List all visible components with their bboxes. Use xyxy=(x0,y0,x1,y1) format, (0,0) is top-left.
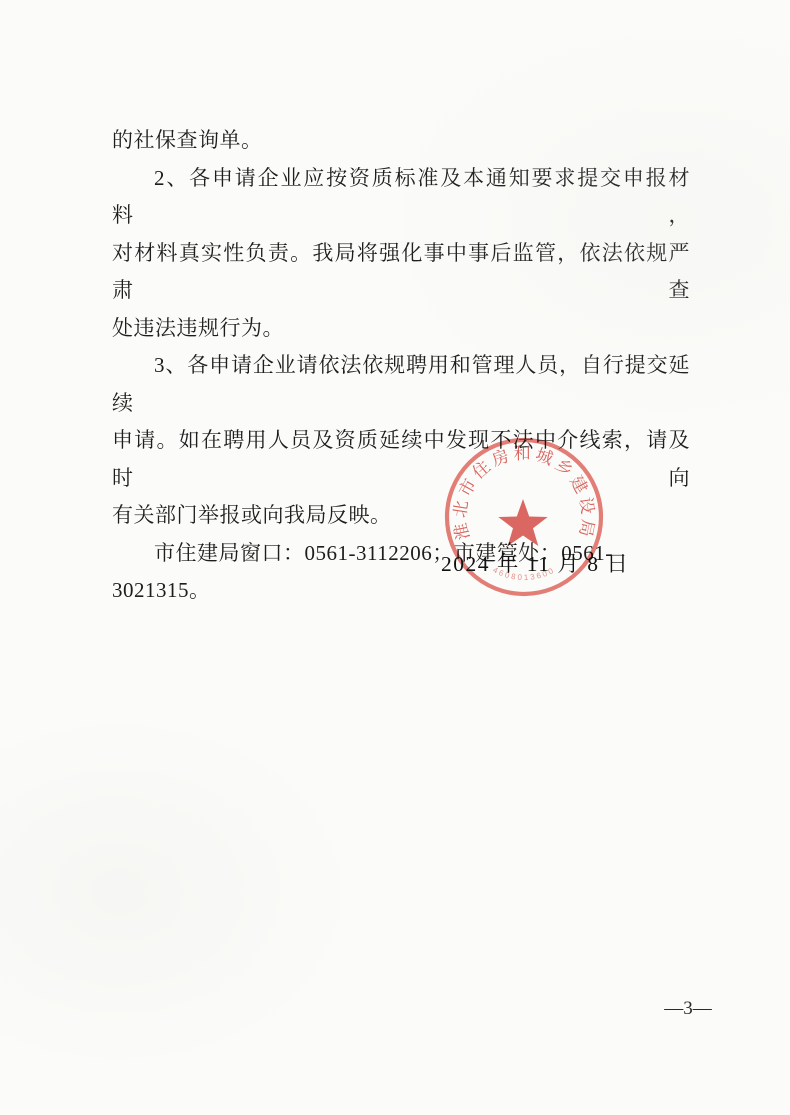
body-line: 2、各申请企业应按资质标准及本通知要求提交申报材料， xyxy=(112,160,690,235)
body-line: 的社保查询单。 xyxy=(112,122,690,160)
seal-star-icon xyxy=(498,499,547,546)
body-line: 处违法违规行为。 xyxy=(112,310,690,348)
official-seal: 淮北市住房和城乡建设局 4608013600 xyxy=(414,407,634,627)
document-page: 的社保查询单。 2、各申请企业应按资质标准及本通知要求提交申报材料， 对材料真实… xyxy=(0,0,790,1115)
page-number: —3— xyxy=(648,998,728,1020)
body-line: 对材料真实性负责。我局将强化事中事后监管，依法依规严肃查 xyxy=(112,235,690,310)
document-date: 2024 年 11 月 8 日 xyxy=(441,547,629,578)
